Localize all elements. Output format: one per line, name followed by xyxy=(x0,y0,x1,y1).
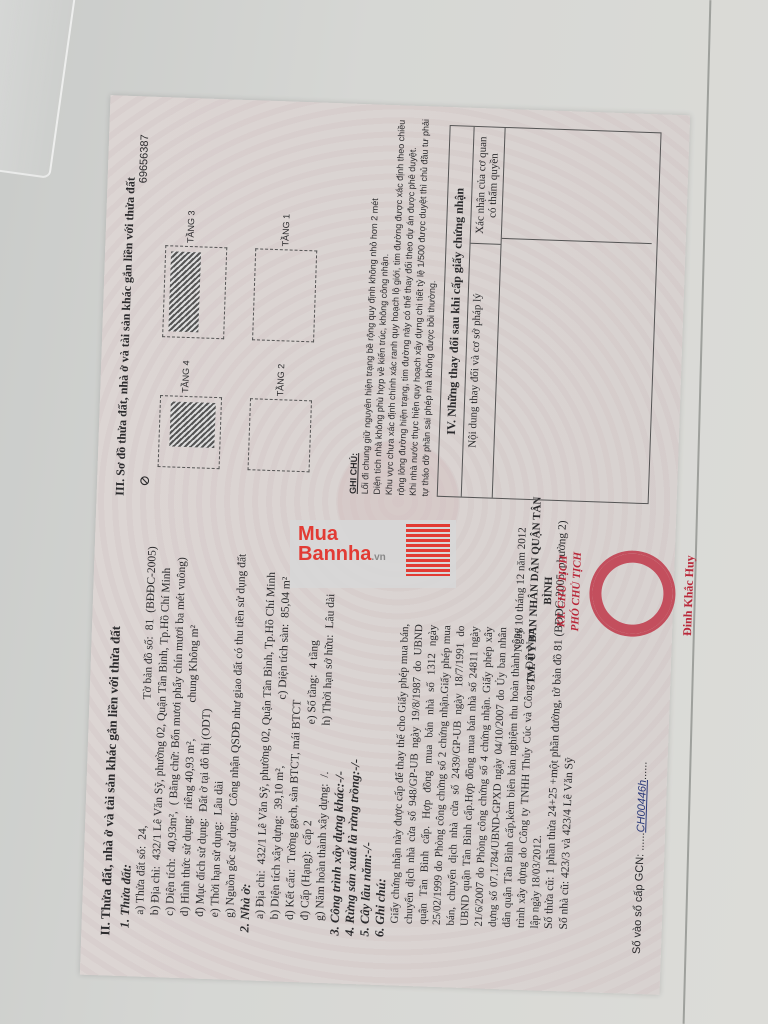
floor-plan-1 xyxy=(252,248,317,342)
confirmation-column-header: Xác nhận của cơ quan có thẩm quyền xyxy=(471,127,505,244)
floor-label-1: TẦNG 1 xyxy=(280,214,291,247)
floor-plan-4 xyxy=(158,395,222,469)
register-number: Số vào sổ cấp GCN: ......CH00446h...... xyxy=(631,761,650,954)
diagram-legend: GHI CHÚ: Lối đi chung giữ nguyên hiện tr… xyxy=(347,114,444,497)
plastic-sleeve xyxy=(0,0,77,179)
floor-plan-3 xyxy=(162,245,227,339)
floor-label-2: TẦNG 2 xyxy=(275,364,286,397)
floor-label-4: TẦNG 4 xyxy=(180,360,191,393)
section-iii-iv: 69656387 III. Sơ đồ thửa đất, nhà ở và t… xyxy=(96,105,690,525)
watermark-logo: Mua Bannha.vn xyxy=(290,520,456,588)
official-seal-icon xyxy=(588,549,677,638)
changes-table: IV. Những thay đổi sau khi cấp giấy chứn… xyxy=(437,125,662,504)
section-iii-title: III. Sơ đồ thửa đất, nhà ở và tài sản kh… xyxy=(113,177,139,496)
changes-cell xyxy=(493,238,652,503)
floor-plan-2 xyxy=(248,398,312,472)
floor-plan-diagrams: ⊘ TẦNG 4 TẦNG 3 TẦNG 2 TẦNG 1 xyxy=(137,107,350,494)
confirmation-cell xyxy=(502,128,656,243)
building-logo-icon xyxy=(406,524,450,576)
north-arrow-icon: ⊘ xyxy=(137,475,154,487)
floor-label-3: TẦNG 3 xyxy=(185,210,196,243)
section-ii: II. Thửa đất, nhà ở và tài sản khác gắn … xyxy=(81,525,675,965)
